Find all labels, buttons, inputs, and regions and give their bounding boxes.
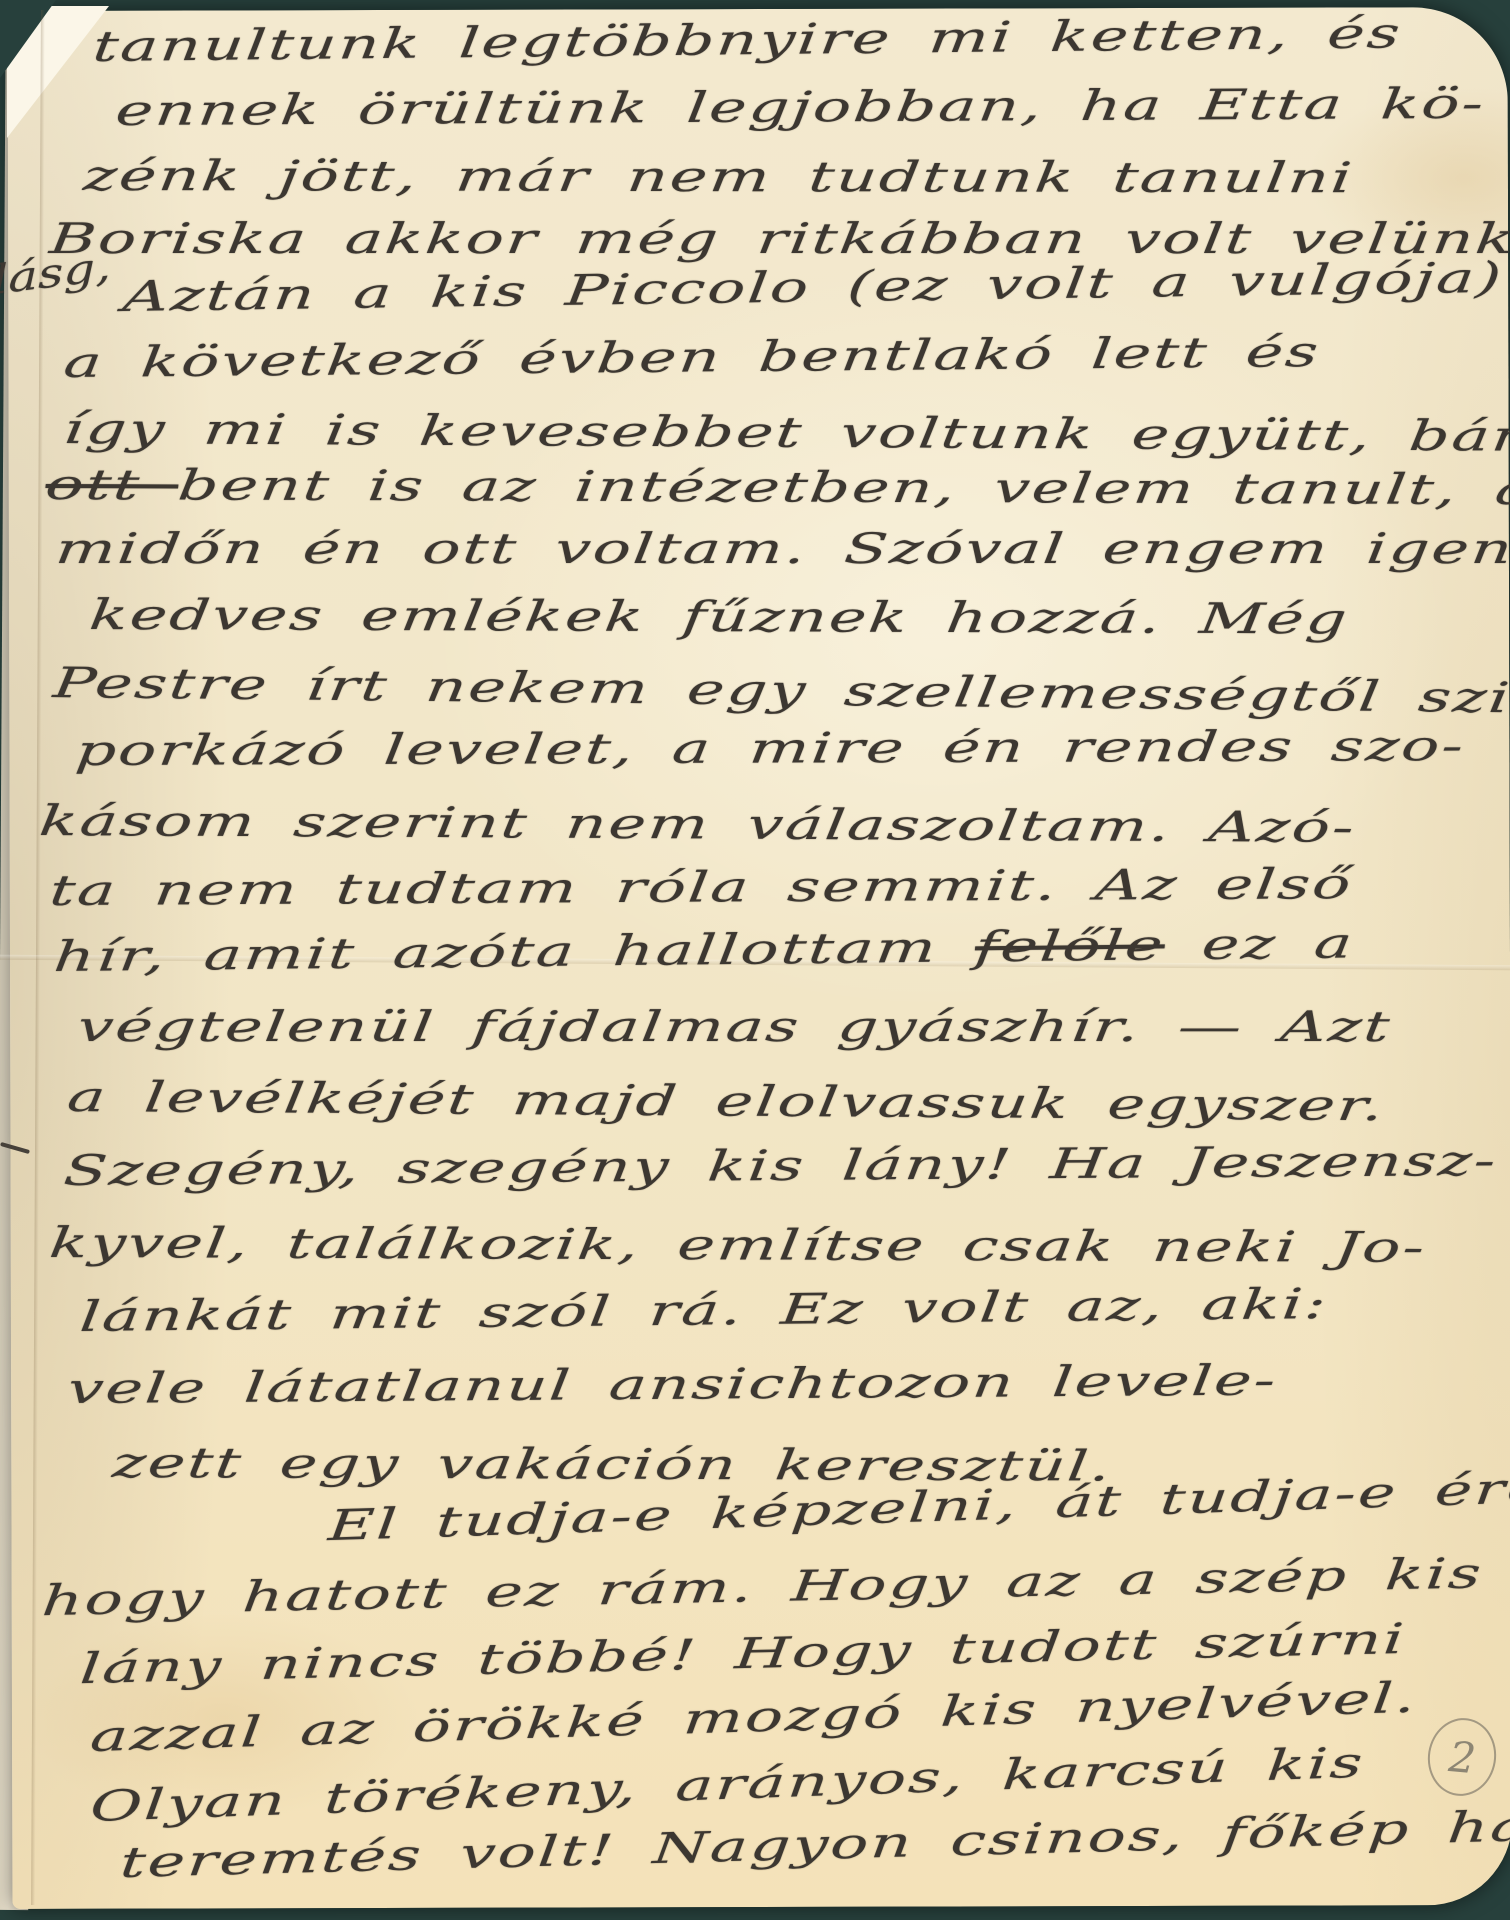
handwriting-segment: vele látatlanul ansichtozon levele- (66, 1356, 1280, 1413)
handwriting-line: így mi is kevesebbet voltunk együtt, bár (61, 408, 1510, 458)
handwriting-line: ta nem tudtam róla semmit. Az első (48, 863, 1355, 912)
handwriting-segment: felőle (973, 920, 1167, 971)
handwriting-segment: a levélkéjét majd elolvassuk egyszer. (65, 1072, 1388, 1130)
handwriting-line: midőn én ott voltam. Szóval engem igen (54, 528, 1510, 570)
handwriting-segment: a következő évben bentlakó lett és (62, 327, 1323, 387)
handwriting-segment: ott (43, 460, 181, 509)
handwriting-segment: Pestre írt nekem egy szellemességtől szi… (51, 658, 1510, 722)
handwriting-segment: zénk jött, már nem tudtunk tanulni (81, 151, 1356, 202)
handwriting-segment: midőn én ott voltam. Szóval engem igen (53, 524, 1510, 573)
handwriting-segment: végtelenül fájdalmas gyászhír. — Azt (75, 1002, 1394, 1051)
handwriting-line: kedves emlékek fűznek hozzá. Még (87, 594, 1350, 640)
handwriting-segment: kásom szerint nem válaszoltam. Azó- (37, 796, 1359, 852)
handwriting-segment: hogy hatott ez rám. Hogy az a szép kis , (40, 1547, 1510, 1625)
scanned-letter-page: tanultunk legtöbbnyire mi ketten, ésenne… (0, 0, 1510, 1920)
handwriting-segment: ez a (1163, 918, 1357, 969)
handwriting-segment: kyvel, találkozik, említse csak neki Jo- (47, 1218, 1429, 1272)
handwriting-segment: ta nem tudtam róla semmit. Az első (48, 859, 1356, 915)
handwriting-segment: ennek örültünk legjobban, ha Etta kö- (114, 79, 1488, 135)
handwriting-line: Pestre írt nekem egy szellemességtől szi… (51, 662, 1510, 719)
handwriting-line: porkázó levelet, a mire én rendes szo- (74, 725, 1468, 772)
handwriting-segment: porkázó levelet, a mire én rendes szo- (73, 721, 1467, 775)
handwriting-segment: így mi is kevesebbet voltunk együtt, bár (61, 404, 1510, 461)
handwriting-line: ennek örültünk legjobban, ha Etta kö- (114, 83, 1488, 132)
handwriting-segment: Szegény, szegény kis lány! Ha Jeszensz- (62, 1136, 1500, 1195)
handwriting-segment: bent is az intézetben, velem tanult, a (176, 460, 1510, 514)
handwriting-line: lánkát mit szól rá. Ez volt az, aki: (78, 1283, 1330, 1338)
handwriting-segment: lánkát mit szól rá. Ez volt az, aki: (78, 1279, 1331, 1341)
handwritten-text: tanultunk legtöbbnyire mi ketten, ésenne… (0, 0, 1510, 1920)
handwriting-line: a következő évben bentlakó lett és (62, 331, 1322, 384)
handwriting-line: ott bent is az intézetben, velem tanult,… (43, 464, 1510, 511)
handwriting-line: zénk jött, már nem tudtunk tanulni (82, 155, 1356, 199)
handwriting-line: tanultunk legtöbbnyire mi ketten, és (91, 12, 1404, 68)
handwriting-line: végtelenül fájdalmas gyászhír. — Azt (76, 1006, 1394, 1048)
handwriting-line: a levélkéjét majd elolvassuk egyszer. (65, 1076, 1387, 1127)
handwriting-line: vele látatlanul ansichtozon levele- (66, 1360, 1280, 1410)
handwriting-line: Szegény, szegény kis lány! Ha Jeszensz- (62, 1140, 1500, 1192)
handwriting-segment: kedves emlékek fűznek hozzá. Még (87, 590, 1351, 643)
handwriting-segment: hír, amit azóta hallottam (52, 922, 978, 981)
handwriting-segment: tanultunk legtöbbnyire mi ketten, és (91, 8, 1404, 71)
handwriting-line: Aztán a kis Piccolo (ez volt a vulgója) (121, 257, 1505, 318)
handwriting-line: kásom szerint nem válaszoltam. Azó- (37, 800, 1358, 849)
handwriting-line: hír, amit azóta hallottam felőle ez a (52, 922, 1356, 978)
page-number: 2 (1447, 1731, 1478, 1782)
handwriting-line: Boriska akkor még ritkábban volt velünk. (48, 218, 1510, 260)
handwriting-line: kyvel, találkozik, említse csak neki Jo- (47, 1222, 1428, 1269)
handwriting-line: hogy hatott ez rám. Hogy az a szép kis , (40, 1551, 1510, 1622)
